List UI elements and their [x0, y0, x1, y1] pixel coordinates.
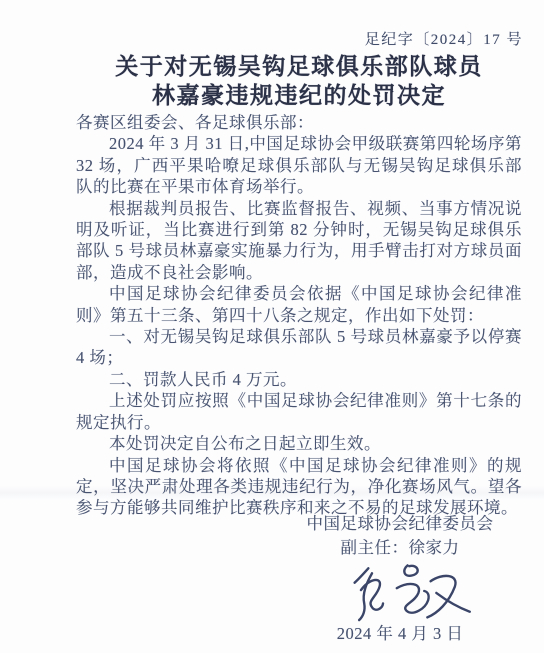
closing-block: 中国足球协会纪律委员会 副主任：徐家力 2024 年 4 月 3 日: [278, 513, 522, 645]
closing-organization: 中国足球协会纪律委员会: [278, 513, 522, 535]
paragraph-ruling-basis: 中国足球协会纪律委员会依据《中国足球协会纪律准则》第五十三条、第四十八条之规定，…: [76, 283, 522, 326]
closing-signer-line: 副主任：徐家力: [278, 537, 522, 559]
handwritten-signature: [278, 559, 522, 623]
document-page: 足纪字〔2024〕17 号 关于对无锡吴钩足球俱乐部队球员 林嘉豪违规违纪的处罚…: [0, 0, 544, 653]
paragraph-incident: 根据裁判员报告、比赛监督报告、视频、当事方情况说明及听证，当比赛进行到第 82 …: [76, 198, 522, 284]
salutation-line: 各赛区组委会、各足球俱乐部：: [76, 112, 522, 133]
paragraph-statement: 中国足球协会将依照《中国足球协会纪律准则》的规定，坚决严肃处理各类违规违纪行为，…: [76, 455, 522, 519]
paragraph-penalty-1: 一、对无锡吴钩足球俱乐部队 5 号球员林嘉豪予以停赛 4 场；: [76, 326, 522, 369]
paragraph-penalty-2: 二、罚款人民币 4 万元。: [76, 369, 522, 390]
paragraph-effective: 本处罚决定自公布之日起立即生效。: [76, 433, 522, 454]
document-body: 各赛区组委会、各足球俱乐部： 2024 年 3 月 31 日,中国足球协会甲级联…: [76, 112, 522, 519]
paragraph-match-info: 2024 年 3 月 31 日,中国足球协会甲级联赛第四轮场序第 32 场，广西…: [76, 133, 522, 197]
document-title-line1: 关于对无锡吴钩足球俱乐部队球员: [76, 53, 522, 82]
doc-number: 足纪字〔2024〕17 号: [365, 28, 523, 49]
document-title: 关于对无锡吴钩足球俱乐部队球员 林嘉豪违规违纪的处罚决定: [76, 53, 522, 110]
closing-date: 2024 年 4 月 3 日: [278, 623, 522, 645]
document-title-line2: 林嘉豪违规违纪的处罚决定: [76, 82, 522, 111]
paragraph-execution: 上述处罚应按照《中国足球协会纪律准则》第十七条的规定执行。: [76, 390, 522, 433]
